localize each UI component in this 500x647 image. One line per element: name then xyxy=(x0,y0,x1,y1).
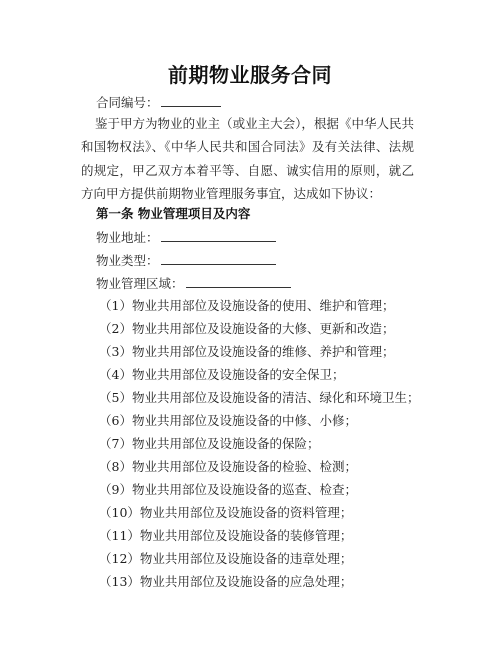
field-label: 物业地址： xyxy=(96,230,159,245)
list-item: （12）物业共用部位及设施设备的违章处理； xyxy=(99,551,352,567)
list-item: （8）物业共用部位及设施设备的检验、检测； xyxy=(99,459,357,475)
field-blank xyxy=(186,275,291,288)
field-blank xyxy=(161,252,276,265)
field-blank xyxy=(161,229,276,242)
list-item: （10）物业共用部位及设施设备的资料管理； xyxy=(99,505,352,521)
field-property-address: 物业地址： xyxy=(96,229,276,246)
field-label: 物业管理区域： xyxy=(96,276,184,291)
list-item: （3）物业共用部位及设施设备的维修、养护和管理； xyxy=(99,344,394,360)
list-item: （7）物业共用部位及设施设备的保险； xyxy=(99,436,319,452)
document-page: 前期物业服务合同 合同编号： 鉴于甲方为物业的业主（或业主大会），根据《中华人民… xyxy=(0,0,500,647)
list-item: （6）物业共用部位及设施设备的中修、小修； xyxy=(99,413,357,429)
contract-number-row: 合同编号： xyxy=(96,94,221,111)
list-item: （9）物业共用部位及设施设备的巡查、检查； xyxy=(99,482,357,498)
list-item: （13）物业共用部位及设施设备的应急处理； xyxy=(99,574,352,590)
list-item: （5）物业共用部位及设施设备的清洁、绿化和环境卫生； xyxy=(99,390,419,406)
list-item: （11）物业共用部位及设施设备的装修管理； xyxy=(99,528,352,544)
field-label: 物业类型： xyxy=(96,253,159,268)
list-item: （1）物业共用部位及设施设备的使用、维护和管理； xyxy=(99,298,394,314)
field-management-area: 物业管理区域： xyxy=(96,275,291,292)
preamble-paragraph: 鉴于甲方为物业的业主（或业主大会），根据《中华人民共和国物权法》、《中华人民共和… xyxy=(81,112,414,205)
article-1-heading: 第一条 物业管理项目及内容 xyxy=(96,206,250,222)
list-item: （4）物业共用部位及设施设备的安全保卫； xyxy=(99,367,344,383)
contract-number-blank xyxy=(161,94,221,107)
contract-number-label: 合同编号： xyxy=(96,95,159,110)
field-property-type: 物业类型： xyxy=(96,252,276,269)
list-item: （2）物业共用部位及设施设备的大修、更新和改造； xyxy=(99,321,394,337)
document-title: 前期物业服务合同 xyxy=(0,59,500,88)
